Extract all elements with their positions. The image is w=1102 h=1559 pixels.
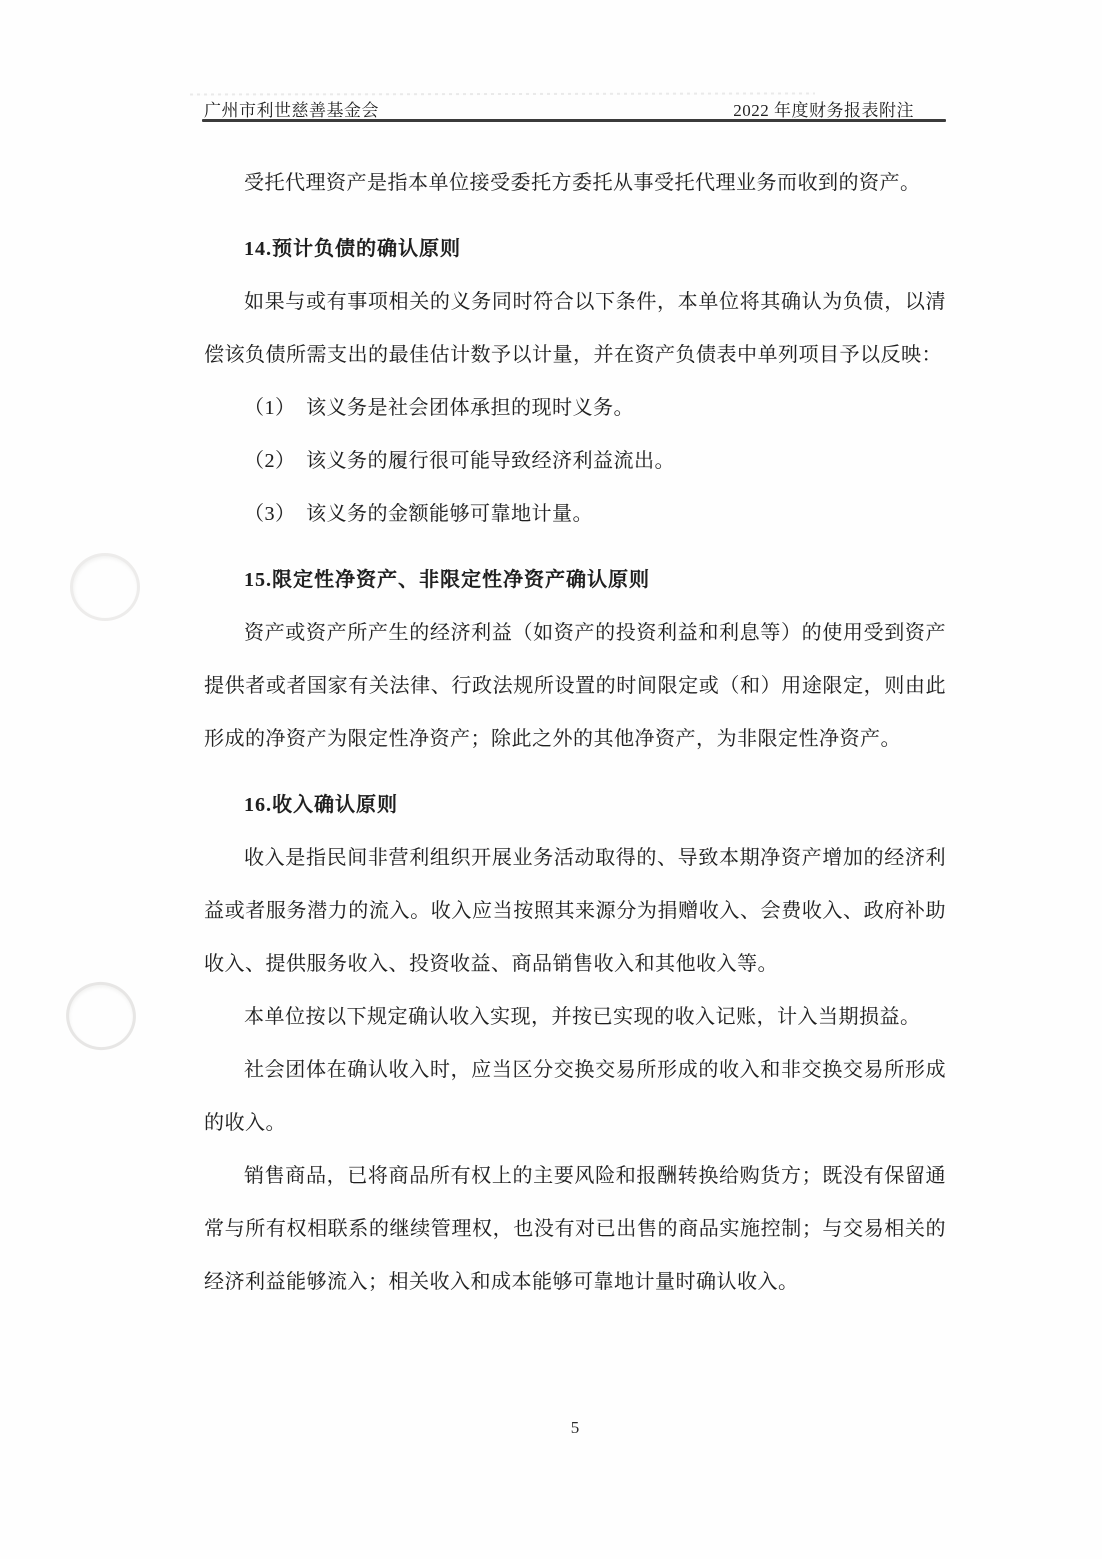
paragraph: 如果与或有事项相关的义务同时符合以下条件，本单位将其确认为负债，以清偿该负债所需… — [204, 276, 946, 382]
punch-hole-mark — [70, 553, 140, 621]
header-doc-title: 2022 年度财务报表附注 — [733, 96, 914, 121]
header-org-name: 广州市利世慈善基金会 — [204, 96, 379, 121]
header-rule — [202, 119, 946, 122]
page-number: 5 — [204, 1414, 946, 1442]
section-heading: 14.预计负债的确认原则 — [204, 223, 946, 276]
paragraph: 资产或资产所产生的经济利益（如资产的投资利益和利息等）的使用受到资产提供者或者国… — [204, 607, 946, 766]
list-item: （3） 该义务的金额能够可靠地计量。 — [204, 488, 946, 541]
paragraph: 受托代理资产是指本单位接受委托方委托从事受托代理业务而收到的资产。 — [204, 157, 946, 210]
punch-hole-mark — [58, 974, 143, 1058]
page-header: 广州市利世慈善基金会 2022 年度财务报表附注 — [204, 96, 946, 121]
paragraph: 本单位按以下规定确认收入实现，并按已实现的收入记账，计入当期损益。 — [204, 991, 946, 1044]
document-body: 受托代理资产是指本单位接受委托方委托从事受托代理业务而收到的资产。 14.预计负… — [204, 157, 946, 1309]
section-heading: 16.收入确认原则 — [204, 779, 946, 832]
paragraph: 销售商品，已将商品所有权上的主要风险和报酬转换给购货方；既没有保留通常与所有权相… — [204, 1150, 946, 1309]
paragraph: 收入是指民间非营利组织开展业务活动取得的、导致本期净资产增加的经济利益或者服务潜… — [204, 832, 946, 991]
paragraph: 社会团体在确认收入时，应当区分交换交易所形成的收入和非交换交易所形成的收入。 — [204, 1044, 946, 1150]
document-page: 广州市利世慈善基金会 2022 年度财务报表附注 受托代理资产是指本单位接受委托… — [0, 0, 1102, 1559]
list-item: （1） 该义务是社会团体承担的现时义务。 — [204, 382, 946, 435]
section-heading: 15.限定性净资产、非限定性净资产确认原则 — [204, 554, 946, 607]
list-item: （2） 该义务的履行很可能导致经济利益流出。 — [204, 435, 946, 488]
